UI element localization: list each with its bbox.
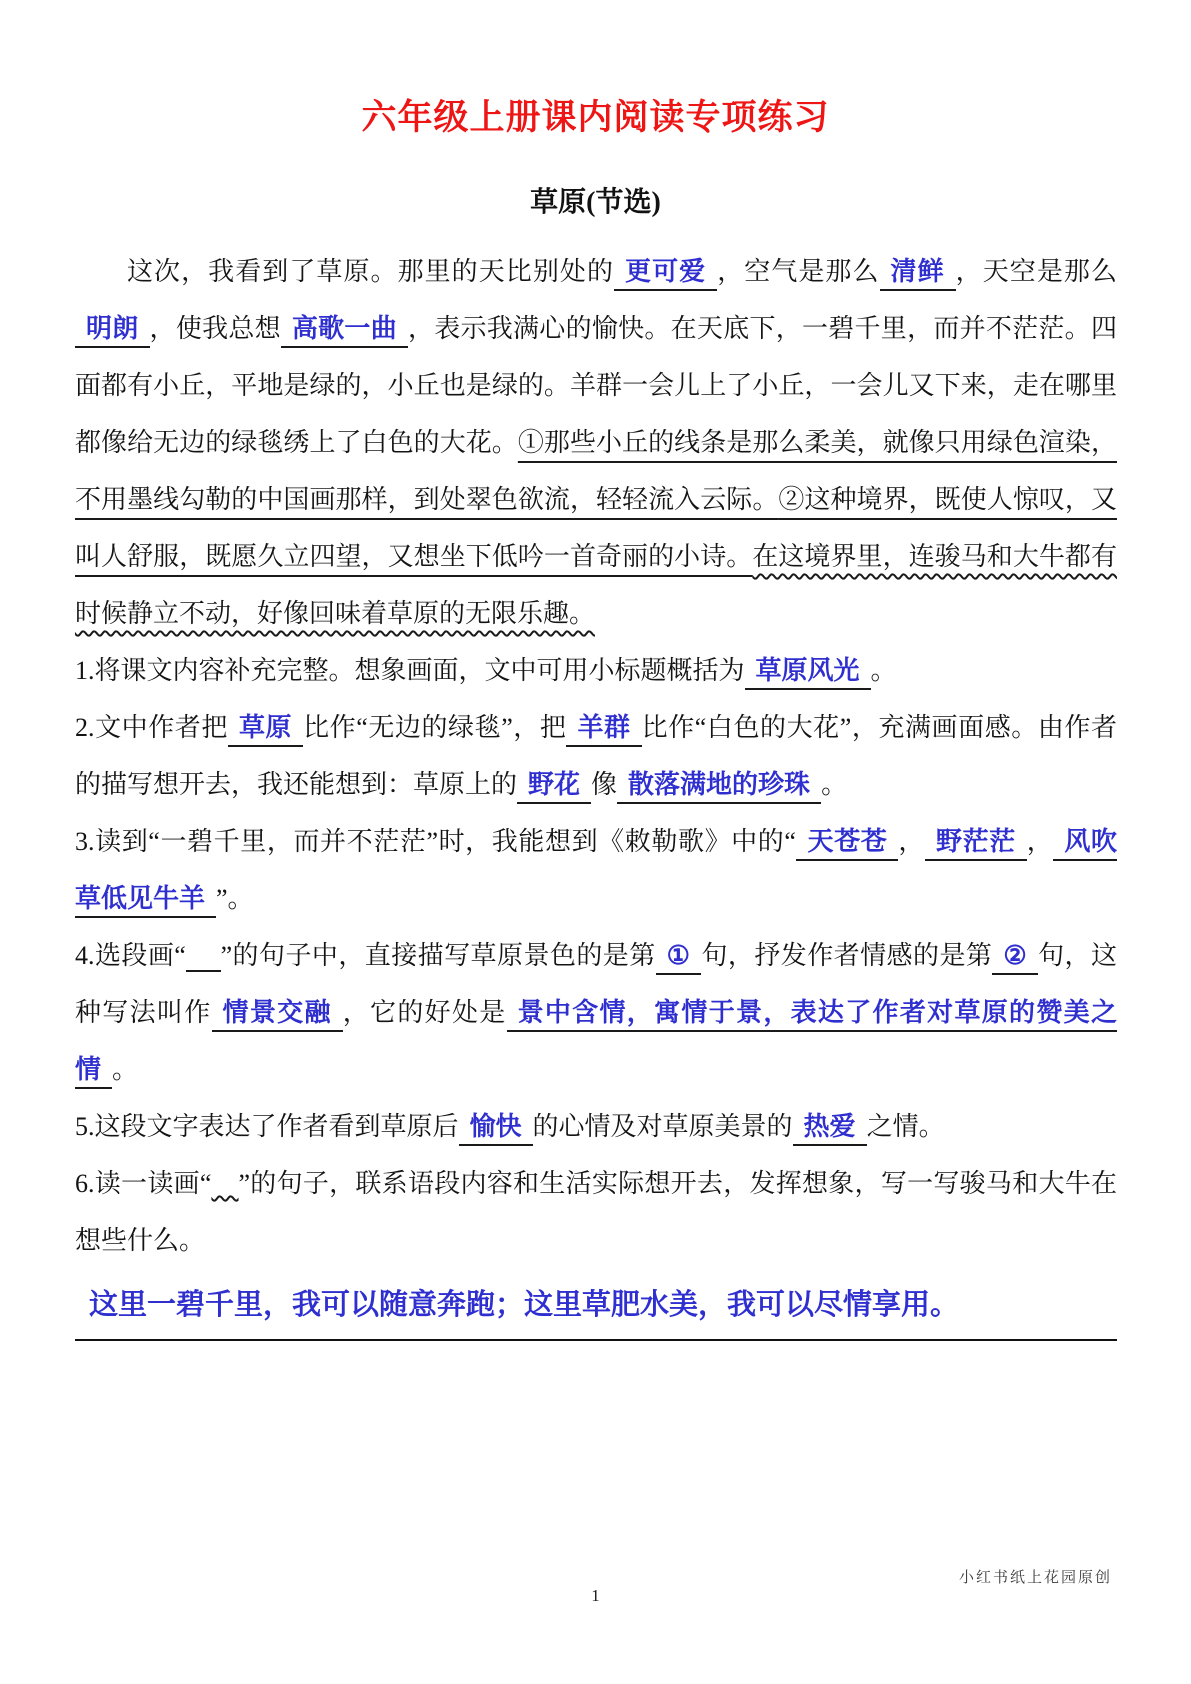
question-paragraph-2: 2.文中作者把草原比作“无边的绿毯”，把羊群比作“白色的大花”，充满画面感。由作… (75, 699, 1117, 813)
text-run: 6.读一读画“ (75, 1169, 211, 1198)
filled-answer-blank: 清鲜 (880, 257, 956, 291)
passage-title: 草原(节选) (0, 188, 1191, 219)
text-run: 这次，我看到了草原。那里的天比别处的 (127, 257, 614, 286)
question-paragraph-6: 6.读一读画“ ”的句子，联系语段内容和生活实际想开去，发挥想象，写一写骏马和大… (75, 1155, 1117, 1269)
question-paragraph-3: 3.读到“一碧千里，而并不茫茫”时，我能想到《敕勒歌》中的“天苍苍，野茫茫，风吹… (75, 813, 1117, 927)
text-run: ，使我总想 (150, 314, 281, 343)
filled-answer-blank: 更可爱 (614, 257, 717, 291)
page-number: 1 (0, 1586, 1191, 1606)
text-run: 5.这段文字表达了作者看到草原后 (75, 1112, 459, 1141)
text-run: 2.文中作者把 (75, 713, 228, 742)
watermark-text: 小红书纸上花园原创 (959, 1566, 1112, 1587)
page-title: 六年级上册课内阅读专项练习 (0, 0, 1191, 138)
filled-answer-blank: 草原 (228, 713, 303, 747)
filled-answer-blank: 羊群 (566, 713, 641, 747)
text-run: 之情。 (867, 1112, 945, 1141)
text-run: 的心情及对草原美景的 (533, 1112, 793, 1141)
text-run: 比作“无边的绿毯”，把 (303, 713, 566, 742)
filled-answer-blank: 高歌一曲 (281, 314, 408, 348)
filled-answer-blank: 情景交融 (212, 998, 343, 1032)
filled-answer-blank: ① (656, 941, 702, 975)
text-run: ”的句子中，直接描写草原景色的是第 (221, 941, 656, 970)
text-run: 。 (112, 1055, 138, 1084)
text-run: 像 (591, 770, 617, 799)
question-paragraph-5: 5.这段文字表达了作者看到草原后愉快的心情及对草原美景的热爱之情。 (75, 1098, 1117, 1155)
passage-paragraph: 这次，我看到了草原。那里的天比别处的更可爱，空气是那么清鲜，天空是那么明朗，使我… (75, 243, 1117, 642)
filled-answer-blank: 明朗 (75, 314, 150, 348)
wavy-blank (211, 1169, 238, 1198)
text-run: ， (898, 827, 925, 856)
text-run: ， (1027, 827, 1054, 856)
worksheet-page: 六年级上册课内阅读专项练习 草原(节选) 这次，我看到了草原。那里的天比别处的更… (0, 0, 1191, 1684)
filled-answer-blank: 野茫茫 (925, 827, 1027, 861)
filled-answer-blank: 天苍苍 (796, 827, 898, 861)
text-run: 1.将课文内容补充完整。想象画面，文中可用小标题概括为 (75, 656, 745, 685)
text-run: 3.读到“一碧千里，而并不茫茫”时，我能想到《敕勒歌》中的“ (75, 827, 796, 856)
final-answer-text: 这里一碧千里，我可以随意奔跑；这里草肥水美，我可以尽情享用。 (89, 1289, 959, 1321)
text-run: ，空气是那么 (717, 257, 879, 286)
filled-answer-blank: ② (992, 941, 1038, 975)
question-paragraph-1: 1.将课文内容补充完整。想象画面，文中可用小标题概括为草原风光。 (75, 642, 1117, 699)
text-run: ，它的好处是 (343, 998, 507, 1027)
empty-blank (186, 941, 221, 972)
filled-answer-blank: 散落满地的珍珠 (617, 770, 821, 804)
worksheet-body: 这次，我看到了草原。那里的天比别处的更可爱，空气是那么清鲜，天空是那么明朗，使我… (75, 243, 1117, 1269)
filled-answer-blank: 野花 (517, 770, 591, 804)
text-run: 。 (821, 770, 847, 799)
final-answer-line: 这里一碧千里，我可以随意奔跑；这里草肥水美，我可以尽情享用。 (75, 1283, 1117, 1341)
text-run: ，天空是那么 (956, 257, 1117, 286)
text-run: 4.选段画“ (75, 941, 186, 970)
text-run: 。 (871, 656, 897, 685)
text-run: 句，抒发作者情感的是第 (701, 941, 992, 970)
filled-answer-blank: 草原风光 (745, 656, 871, 690)
text-run: ”。 (216, 884, 254, 913)
question-paragraph-4: 4.选段画“ ”的句子中，直接描写草原景色的是第①句，抒发作者情感的是第②句，这… (75, 927, 1117, 1098)
filled-answer-blank: 愉快 (459, 1112, 533, 1146)
filled-answer-blank: 热爱 (793, 1112, 867, 1146)
